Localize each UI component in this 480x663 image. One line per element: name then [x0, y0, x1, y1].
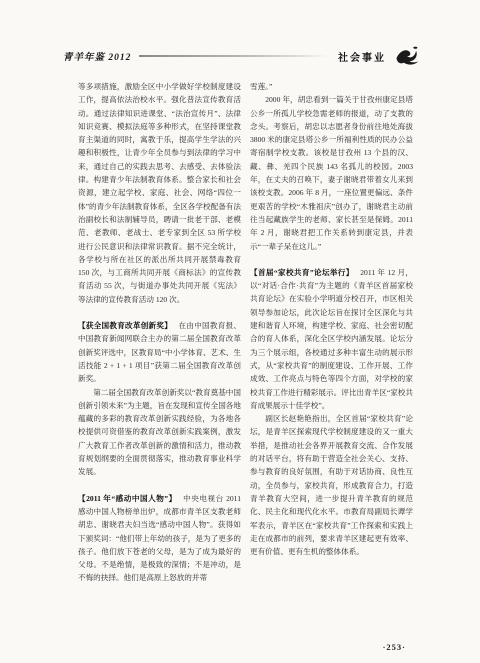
page-header: 青羊年鉴 2012 社会事业 [63, 48, 422, 64]
entry-text: 中央电视台 2011 感动中国人物榜单出炉，成都市青羊区支教老师胡忠、谢晓君夫妇… [78, 494, 241, 583]
paragraph-award-theme: 第二届全国教育改革创新奖以“教育奠基中国创新引领未来”为主题，旨在发现和宣传全国… [78, 386, 241, 479]
entry-title: 【首届“家校共育”论坛举行】 [250, 268, 360, 277]
entry-title: 【2011 年“感动中国人物”】 [78, 494, 183, 503]
entry-touching-china-figures: 【2011 年“感动中国人物”】中央电视台 2011 感动中国人物榜单出炉，成都… [78, 492, 241, 585]
yearbook-page: 青羊年鉴 2012 社会事业 等多项措施，激励全区中小学做好学校制度建设工作，提… [0, 0, 480, 663]
page-number: ·253· [383, 642, 406, 652]
entry-home-school-forum: 【首届“家校共育”论坛举行】2011 年 12 月，以“对话·合作·共育”为主题… [250, 266, 413, 412]
paragraph-forum-remarks: 副区长赵艳艳指出，全区首届“家校共育”论坛，是青羊区探索现代学校制度建设的又一重… [250, 412, 413, 558]
paragraph-continuation: 雪莲。” [250, 80, 413, 93]
entry-title: 【获全国教育改革创新奖】 [78, 321, 179, 330]
section-title: 社会事业 [338, 49, 386, 64]
paragraph-law-education: 等多项措施，激励全区中小学做好学校制度建设工作，提高依法治校水平。强化普法宣传教… [78, 80, 241, 306]
entry-national-education-reform-award: 【获全国教育改革创新奖】在由中国教育报、中国教育新闻网联合主办的第二届全国教育改… [78, 319, 241, 385]
entry-text: 2011 年 12 月，以“对话·合作·共育”为主题的《青羊区首届家校共育论坛》… [250, 268, 413, 410]
book-title: 青羊年鉴 2012 [63, 49, 131, 63]
right-column: 雪莲。” 2000 年，胡忠看到一篇关于甘孜州康定县塔公乡一所孤儿学校急需老师的… [250, 80, 413, 585]
paragraph-huzhong-story: 2000 年，胡忠看到一篇关于甘孜州康定县塔公乡一所孤儿学校急需老师的报道，动了… [250, 93, 413, 253]
text-columns: 等多项措施，激励全区中小学做好学校制度建设工作，提高依法治校水平。强化普法宣传教… [78, 80, 413, 585]
entry-text: 在由中国教育报、中国教育新闻网联合主办的第二届全国教育改革创新奖评选中，区教育局… [78, 321, 241, 383]
decorative-bird-icon [392, 45, 422, 67]
left-column: 等多项措施，激励全区中小学做好学校制度建设工作，提高依法治校水平。强化普法宣传教… [78, 80, 241, 585]
header-divider-rule [139, 55, 328, 57]
